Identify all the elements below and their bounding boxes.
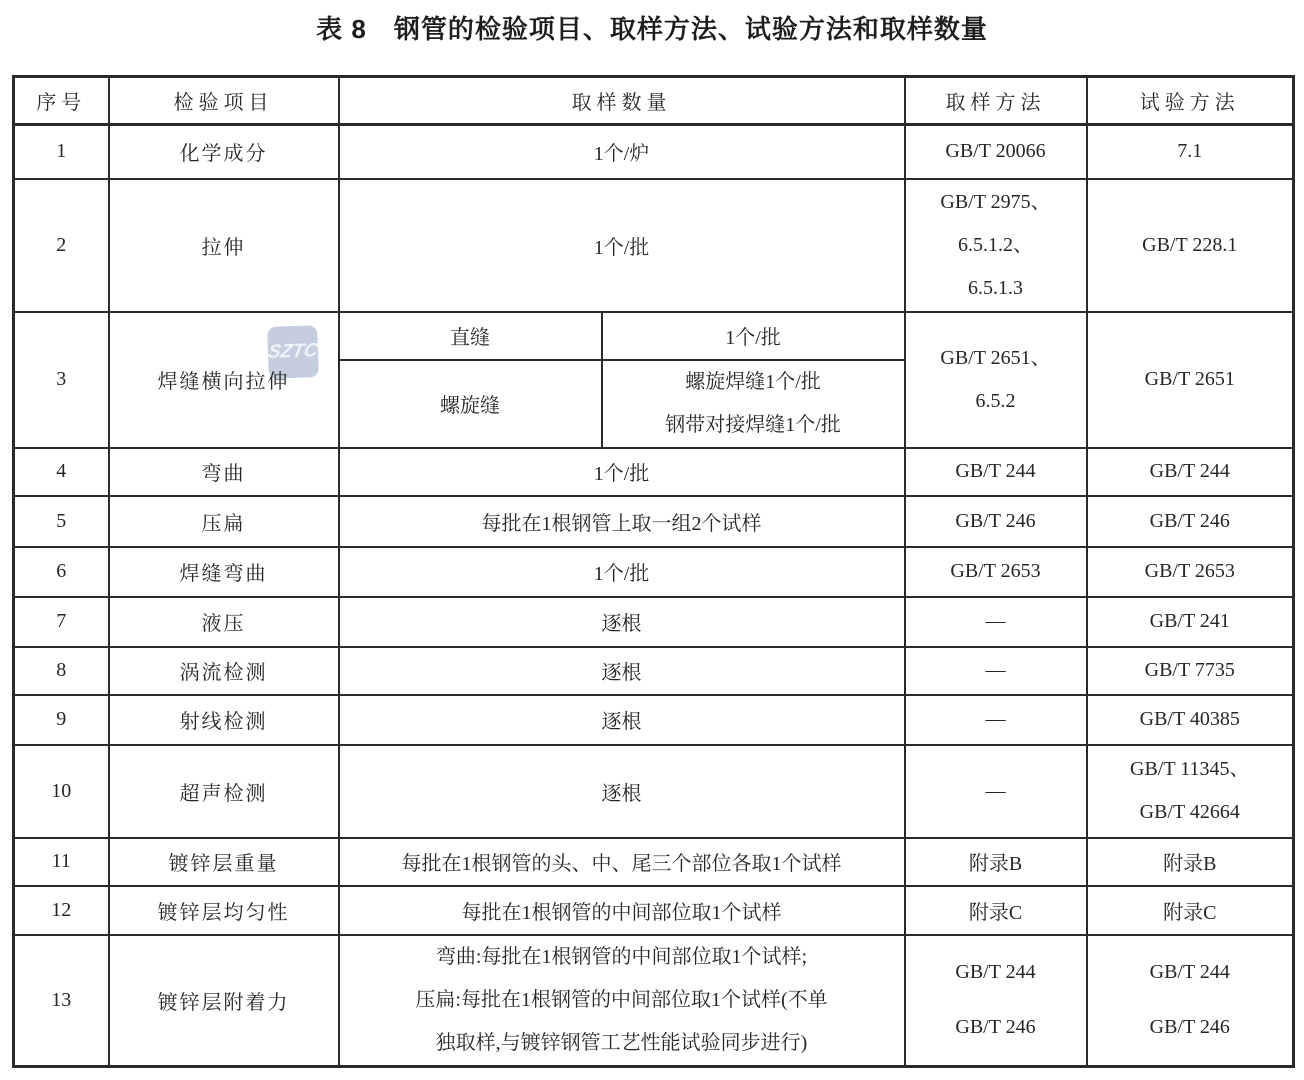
cell-no: 6 — [14, 547, 109, 597]
cell-seam-type: 直缝 — [339, 312, 602, 360]
cell-test: 附录B — [1087, 838, 1294, 886]
cell-no: 4 — [14, 448, 109, 496]
cell-test: GB/T 2651 — [1087, 312, 1294, 448]
table-header-row: 序号 检验项目 取样数量 取样方法 试验方法 — [14, 77, 1294, 125]
table-row: 9 射线检测 逐根 — GB/T 40385 — [14, 695, 1294, 745]
cell-no: 7 — [14, 597, 109, 647]
cell-test: GB/T 244 GB/T 246 — [1087, 935, 1294, 1067]
cell-item: 涡流检测 — [109, 647, 339, 695]
table-row: 12 镀锌层均匀性 每批在1根钢管的中间部位取1个试样 附录C 附录C — [14, 886, 1294, 935]
cell-test: GB/T 246 — [1087, 496, 1294, 547]
cell-test: 7.1 — [1087, 125, 1294, 179]
table-row: 7 液压 逐根 — GB/T 241 — [14, 597, 1294, 647]
cell-seam-type: 螺旋缝 — [339, 360, 602, 448]
cell-test: GB/T 40385 — [1087, 695, 1294, 745]
cell-test: GB/T 2653 — [1087, 547, 1294, 597]
table-row: 1 化学成分 1个/炉 GB/T 20066 7.1 — [14, 125, 1294, 179]
cell-sampling: GB/T 246 — [905, 496, 1087, 547]
cell-item: 镀锌层重量 — [109, 838, 339, 886]
table-row: 8 涡流检测 逐根 — GB/T 7735 — [14, 647, 1294, 695]
table-row: 2 拉伸 1个/批 GB/T 2975、 6.5.1.2、 6.5.1.3 GB… — [14, 179, 1294, 312]
cell-qty: 1个/批 — [339, 448, 905, 496]
inspection-table: 序号 检验项目 取样数量 取样方法 试验方法 1 化学成分 1个/炉 GB/T … — [12, 75, 1295, 1068]
header-item: 检验项目 — [109, 77, 339, 125]
cell-qty: 1个/批 — [339, 179, 905, 312]
table-row: 13 镀锌层附着力 弯曲:每批在1根钢管的中间部位取1个试样; 压扁:每批在1根… — [14, 935, 1294, 1067]
cell-test: GB/T 244 — [1087, 448, 1294, 496]
cell-qty: 逐根 — [339, 647, 905, 695]
cell-no: 3 — [14, 312, 109, 448]
table-row: 3 焊缝横向拉伸 直缝 1个/批 GB/T 2651、 6.5.2 GB/T 2… — [14, 312, 1294, 360]
cell-no: 9 — [14, 695, 109, 745]
header-test: 试验方法 — [1087, 77, 1294, 125]
cell-item: 弯曲 — [109, 448, 339, 496]
cell-sampling: — — [905, 647, 1087, 695]
cell-sampling: — — [905, 695, 1087, 745]
cell-qty: 逐根 — [339, 695, 905, 745]
table-row: 6 焊缝弯曲 1个/批 GB/T 2653 GB/T 2653 — [14, 547, 1294, 597]
cell-no: 10 — [14, 745, 109, 838]
cell-sampling: GB/T 2975、 6.5.1.2、 6.5.1.3 — [905, 179, 1087, 312]
cell-qty: 每批在1根钢管的中间部位取1个试样 — [339, 886, 905, 935]
cell-no: 5 — [14, 496, 109, 547]
cell-item: 压扁 — [109, 496, 339, 547]
cell-item: 焊缝横向拉伸 — [109, 312, 339, 448]
header-sampling: 取样方法 — [905, 77, 1087, 125]
cell-item: 液压 — [109, 597, 339, 647]
cell-no: 2 — [14, 179, 109, 312]
cell-test: GB/T 7735 — [1087, 647, 1294, 695]
cell-no: 12 — [14, 886, 109, 935]
cell-qty: 每批在1根钢管的头、中、尾三个部位各取1个试样 — [339, 838, 905, 886]
cell-item: 镀锌层均匀性 — [109, 886, 339, 935]
table-title: 表 8 钢管的检验项目、取样方法、试验方法和取样数量 — [0, 9, 1304, 46]
cell-qty: 逐根 — [339, 745, 905, 838]
cell-qty: 逐根 — [339, 597, 905, 647]
cell-test: GB/T 11345、 GB/T 42664 — [1087, 745, 1294, 838]
cell-no: 11 — [14, 838, 109, 886]
cell-item: 镀锌层附着力 — [109, 935, 339, 1067]
table-row: 5 压扁 每批在1根钢管上取一组2个试样 GB/T 246 GB/T 246 — [14, 496, 1294, 547]
cell-sampling: — — [905, 597, 1087, 647]
cell-no: 8 — [14, 647, 109, 695]
cell-qty: 1个/批 — [602, 312, 905, 360]
cell-item: 射线检测 — [109, 695, 339, 745]
cell-item: 化学成分 — [109, 125, 339, 179]
cell-qty: 螺旋焊缝1个/批 钢带对接焊缝1个/批 — [602, 360, 905, 448]
cell-test: GB/T 228.1 — [1087, 179, 1294, 312]
table-row: 11 镀锌层重量 每批在1根钢管的头、中、尾三个部位各取1个试样 附录B 附录B — [14, 838, 1294, 886]
cell-item: 焊缝弯曲 — [109, 547, 339, 597]
cell-test: GB/T 241 — [1087, 597, 1294, 647]
cell-sampling: GB/T 2653 — [905, 547, 1087, 597]
cell-sampling: 附录C — [905, 886, 1087, 935]
cell-sampling: GB/T 244 GB/T 246 — [905, 935, 1087, 1067]
header-qty: 取样数量 — [339, 77, 905, 125]
cell-sampling: GB/T 20066 — [905, 125, 1087, 179]
cell-qty: 弯曲:每批在1根钢管的中间部位取1个试样; 压扁:每批在1根钢管的中间部位取1个… — [339, 935, 905, 1067]
cell-item: 拉伸 — [109, 179, 339, 312]
cell-no: 1 — [14, 125, 109, 179]
cell-test: 附录C — [1087, 886, 1294, 935]
cell-sampling: 附录B — [905, 838, 1087, 886]
cell-sampling: GB/T 244 — [905, 448, 1087, 496]
cell-qty: 每批在1根钢管上取一组2个试样 — [339, 496, 905, 547]
header-no: 序号 — [14, 77, 109, 125]
cell-sampling: GB/T 2651、 6.5.2 — [905, 312, 1087, 448]
table-row: 10 超声检测 逐根 — GB/T 11345、 GB/T 42664 — [14, 745, 1294, 838]
cell-qty: 1个/批 — [339, 547, 905, 597]
cell-qty: 1个/炉 — [339, 125, 905, 179]
cell-sampling: — — [905, 745, 1087, 838]
cell-item: 超声检测 — [109, 745, 339, 838]
cell-no: 13 — [14, 935, 109, 1067]
table-row: 4 弯曲 1个/批 GB/T 244 GB/T 244 — [14, 448, 1294, 496]
